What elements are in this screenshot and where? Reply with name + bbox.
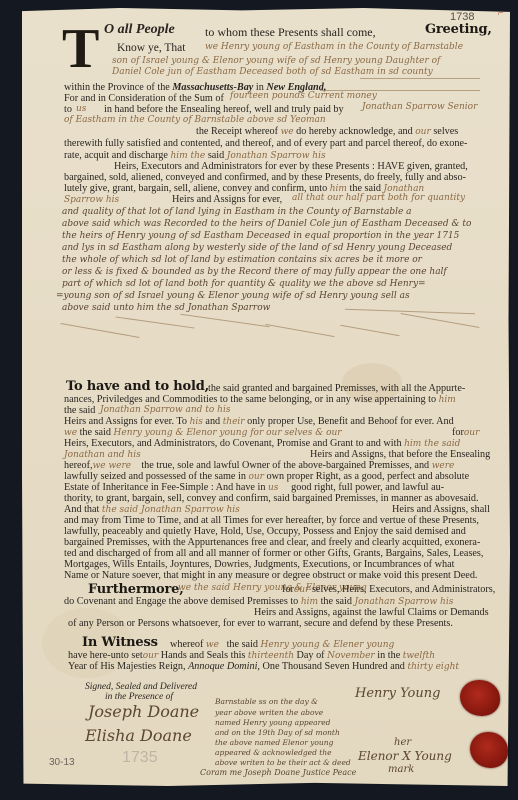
land-line-2: above said which was Recorded to the hei… [62,218,471,230]
heirs-assigns: Heirs and Assigns for ever, [172,194,282,206]
grantors-hand-1: we Henry young of Eastham in the County … [205,41,463,53]
use-benefit-text: only proper Use, Benefit and Behoof for … [247,416,454,427]
witness-heading: In Witness [82,637,158,649]
receipt-text: the Receipt whereof [196,126,278,137]
his-hand: his [190,417,203,427]
half-part-hand: all that our half part both for quantity [292,192,465,204]
said-text: said [208,150,224,161]
seized-text: lawfully seized and possessed of the sam… [64,471,246,482]
right-text: own proper Right, as a good, perfect and… [267,471,470,482]
our-hand: our [143,651,159,661]
convey-text: lutely give, grant, bargain, sell, alien… [64,183,327,194]
reign-text: Year of His Majesties Reign, [68,661,186,672]
land-line-8: =young son of sd Israel young & Elenor y… [56,290,410,302]
owner-text: the true, sole and lawful Owner of the a… [141,460,429,471]
day-of-text: Day of [297,650,325,661]
land-line-1: and quality of that lot of land lying in… [62,206,412,218]
whereof-text: whereof [170,639,203,650]
greeting-heading: Greeting, [425,24,492,36]
in-the-text: in the [377,650,400,661]
we-hand: we [206,640,219,650]
sum-hand: fourteen pounds Current money [230,90,377,102]
their-hand: their [223,417,245,427]
were-hand: were [432,461,455,471]
our-hand: our [294,585,310,595]
habendum-l18: Name or Nature soever, that might in any… [64,570,477,582]
us-hand: us [268,483,278,493]
know-ye: Know ye, That [117,42,185,54]
payer-hand-2: of Eastham in the County of Barnstable a… [64,114,326,126]
habendum-heading: To have and to hold, [66,381,209,393]
sparrow-hand: Sparrow his [64,194,119,206]
land-line-4: and lys in sd Eastham along by westerly … [62,242,452,254]
power-text: good right, full power, and lawful au- [291,482,444,493]
land-line-7: part of which sd lot of land both for qu… [62,278,426,290]
land-line-5: the whole of which sd lot of land by est… [62,254,422,266]
him-the-said-hand: him the said [404,439,460,449]
our-hand: our [464,428,480,438]
said-text: the said [321,596,352,607]
regnal-year-hand: twelfth [403,651,435,661]
him-hand: him the [170,151,205,161]
red-check-mark: ⌐ [498,8,504,19]
land-line-6: or less & is fixed & bounded as by the R… [62,266,447,278]
wax-seal-1 [460,680,500,716]
we-hand: we [281,127,294,137]
land-line-9: above said unto him the sd Jonathan Spar… [62,302,270,314]
anno-domini: Annoque Domini, [188,661,260,672]
payer-hand: Jonathan Sparrow Senior [362,101,477,113]
heirs-text: Heirs and Assigns for ever. To [64,416,187,427]
opening-line: to whom these Presents shall come, [205,26,376,38]
and-that-text: And that [64,504,99,515]
fee-simple-text: Estate of Inheritance in Fee-Simple : An… [64,482,265,493]
month-hand: November [327,651,375,661]
receipt-text-b: do hereby acknowledge, and [296,126,413,137]
mark-label: mark [388,764,414,776]
grantee-and-his-hand: Jonathan Sparrow and to his [100,404,230,416]
fill-rule [360,78,480,79]
hands-seals-text: Hands and Seals this [161,650,246,661]
covenant-text: Heirs, Executors, and Administrators, do… [64,438,402,449]
said-text: the said [227,639,258,650]
acknowledgment-line-8: Coram me Joseph Doane Justice Peace [200,767,356,779]
grantee-hand: Jonathan Sparrow his [227,151,326,161]
and-text: and [205,416,220,427]
furthermore-l5: of any Person or Persons whatsoever, for… [68,618,453,630]
our-hand: our [248,472,264,482]
engage-text: do Covenant and Engage the above demised… [64,596,298,607]
drop-cap: T [62,24,99,74]
we-hand: we [64,428,77,438]
for-text: for [282,584,294,595]
grantors-hand: Henry young & Elener young [261,640,395,650]
furthermore-l2: forour selves, Heirs, Executors, and Adm… [282,584,495,596]
land-line-3: the heirs of Henry young of sd Eastham D… [62,230,459,242]
thousand-text: One Thousand Seven Hundred and [263,661,405,672]
said-text: the said [80,427,111,438]
day-hand: thirteenth [248,651,294,661]
year-hand: thirty eight [407,662,459,672]
furthermore-heading: Furthermore, [88,584,184,596]
her-label: her [394,737,411,749]
grantors-hand-3: Daniel Cole jun of Eastham Deceased both… [112,66,433,78]
we-were-hand: we were [93,461,132,471]
him-hand: him [439,395,456,405]
for-text: for [452,427,464,438]
grantor-signature-1: Henry Young [355,688,440,700]
him-hand: him [301,597,318,607]
witness-l3: Year of His Majesties Reign, Annoque Dom… [68,661,459,673]
province-text: within the Province of the [64,82,170,93]
acknowledgment-line-1: Barnstable ss on the day & [215,697,318,707]
witness-signature-2: Elisha Doane [85,730,192,742]
faint-year: 1735 [122,752,158,764]
receipt-line-2: therewith fully satisfied and contented,… [64,138,467,150]
receipt-line-1: the Receipt whereof we do hereby acknowl… [196,126,458,138]
opening-all-people: O all People [104,24,175,36]
witness-signature-1: Joseph Doane [88,706,199,718]
catalog-number: 30-13 [49,757,75,769]
grantors-hand: Henry young & Elenor young for our selve… [114,428,342,438]
heirs-text: selves, Heirs, Executors, and Administra… [312,584,495,595]
hereof-text: hereof, [64,460,93,471]
grantee-hand: Jonathan Sparrow his [355,597,454,607]
selves-text: selves [433,126,458,137]
set-text: have here-unto set [68,650,143,661]
discharge-text: rate, acquit and discharge [64,150,168,161]
our-hand: our [415,127,431,137]
wax-seal-2 [470,732,508,768]
grantee-hand: the said Jonathan Sparrow his [102,505,240,515]
grantor-signature-2: Elenor X Young [358,750,452,762]
